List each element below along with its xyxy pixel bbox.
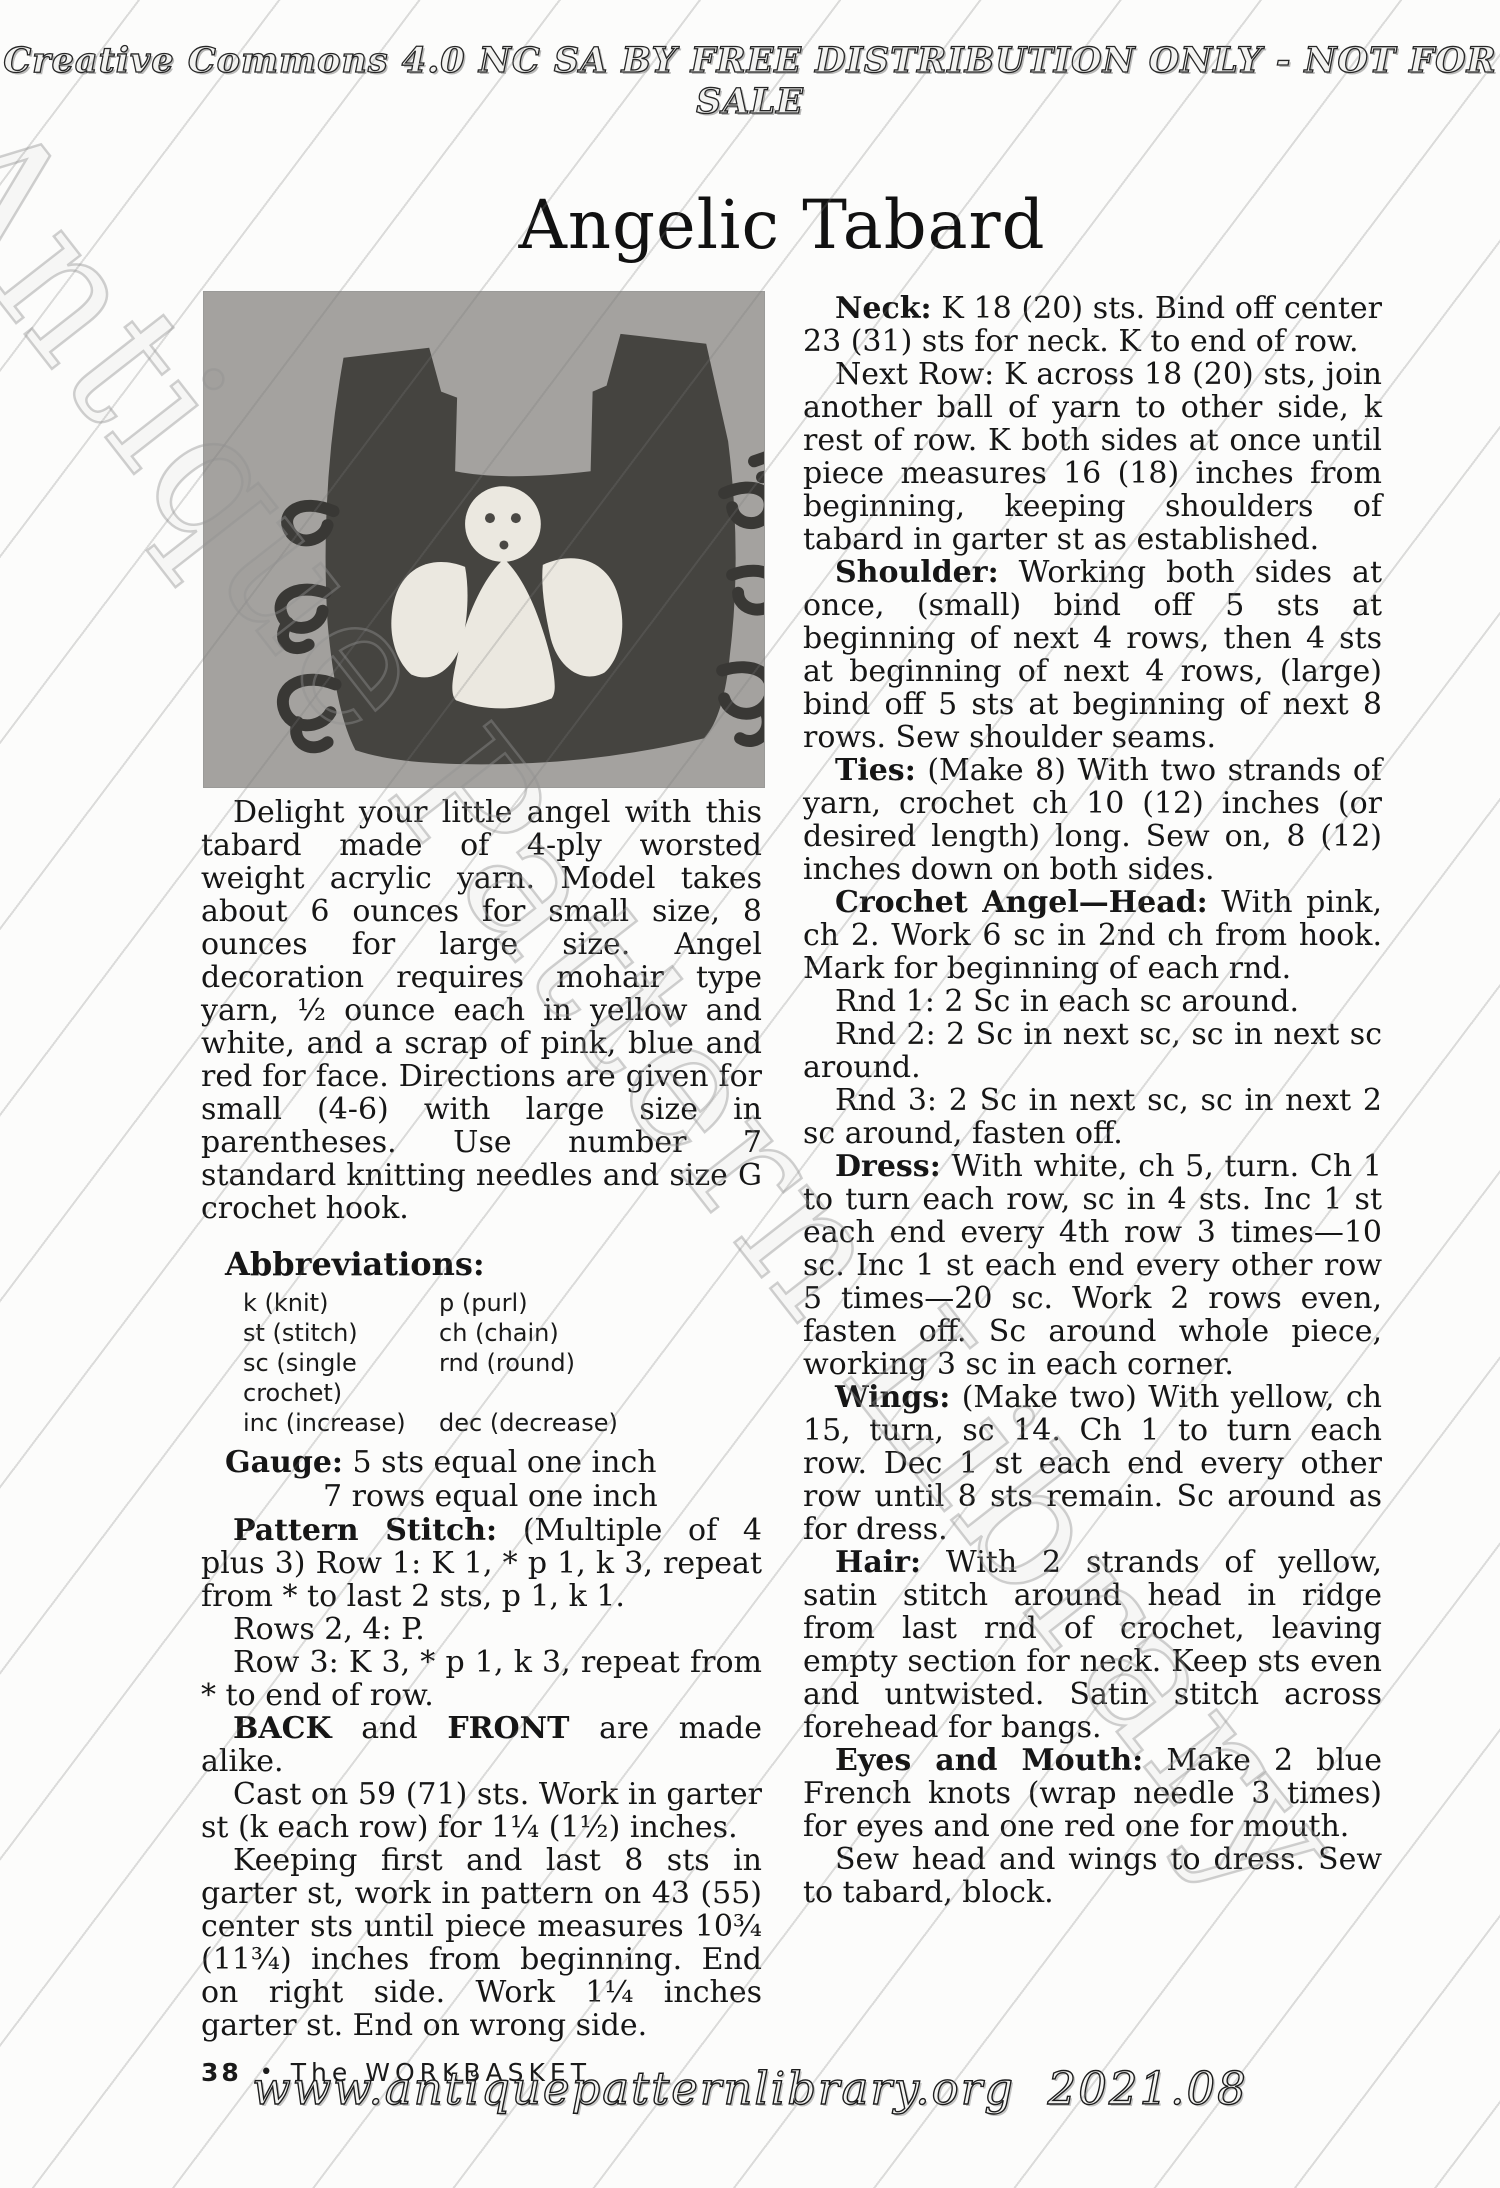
dress-paragraph: Dress: With white, ch 5, turn. Ch 1 to t… — [803, 1150, 1382, 1381]
abbreviation-item: rnd (round) — [439, 1348, 762, 1408]
right-column: Neck: K 18 (20) sts. Bind off center 23 … — [803, 292, 1382, 1909]
angel-eye-left — [485, 513, 495, 523]
shoulder-paragraph: Shoulder: Working both sides at once, (s… — [803, 556, 1382, 754]
hair-paragraph: Hair: With 2 strands of yellow, satin st… — [803, 1546, 1382, 1744]
page-title: Angelic Tabard — [64, 186, 1500, 264]
gauge-line: Gauge: 5 sts equal one inch — [201, 1446, 762, 1480]
eyes-mouth-paragraph: Eyes and Mouth: Make 2 blue French knots… — [803, 1744, 1382, 1843]
ties-paragraph: Ties: (Make 8) With two strands of yarn,… — [803, 754, 1382, 886]
rnd-2-paragraph: Rnd 2: 2 Sc in next sc, sc in next sc ar… — [803, 1018, 1382, 1084]
pattern-rows-2-4: Rows 2, 4: P. — [201, 1613, 762, 1646]
finishing-paragraph: Sew head and wings to dress. Sew to taba… — [803, 1843, 1382, 1909]
abbreviations-heading: Abbreviations: — [201, 1245, 762, 1283]
abbreviation-item: sc (single crochet) — [243, 1348, 439, 1408]
front-label: FRONT — [447, 1711, 569, 1746]
cast-on-paragraph: Cast on 59 (71) sts. Work in garter st (… — [201, 1778, 762, 1844]
keeping-paragraph: Keeping first and last 8 sts in garter s… — [201, 1844, 762, 2042]
back-front-line: BACK and FRONT are made alike. — [201, 1712, 762, 1778]
gauge-value: 5 sts equal one inch — [343, 1445, 657, 1480]
left-column: Delight your little angel with this taba… — [201, 796, 762, 2087]
pattern-stitch-paragraph: Pattern Stitch: (Multiple of 4 plus 3) R… — [201, 1514, 762, 1613]
gauge-label: Gauge: — [225, 1445, 343, 1480]
neck-paragraph: Neck: K 18 (20) sts. Bind off center 23 … — [803, 292, 1382, 358]
abbreviation-item: k (knit) — [243, 1288, 439, 1318]
gauge-line-2: 7 rows equal one inch — [201, 1480, 762, 1514]
footer-url: www.antiquepatternlibrary.org 2021.08 — [0, 2062, 1500, 2115]
intro-paragraph: Delight your little angel with this taba… — [201, 796, 762, 1225]
magazine-page: Creative Commons 4.0 NC SA BY FREE DISTR… — [0, 0, 1500, 2188]
crochet-angel-head-paragraph: Crochet Angel—Head: With pink, ch 2. Wor… — [803, 886, 1382, 985]
pattern-row-3: Row 3: K 3, * p 1, k 3, repeat from * to… — [201, 1646, 762, 1712]
abbreviations-list: k (knit) p (purl) st (stitch) ch (chain)… — [243, 1288, 762, 1438]
angel-eye-right — [511, 513, 521, 523]
back-label: BACK — [233, 1711, 332, 1746]
wings-paragraph: Wings: (Make two) With yellow, ch 15, tu… — [803, 1381, 1382, 1546]
rnd-1-paragraph: Rnd 1: 2 Sc in each sc around. — [803, 985, 1382, 1018]
license-notice: Creative Commons 4.0 NC SA BY FREE DISTR… — [0, 40, 1500, 122]
abbreviation-item: st (stitch) — [243, 1318, 439, 1348]
angel-mouth — [499, 540, 508, 549]
abbreviation-item: inc (increase) — [243, 1408, 439, 1438]
rnd-3-paragraph: Rnd 3: 2 Sc in next sc, sc in next 2 sc … — [803, 1084, 1382, 1150]
abbreviation-item: p (purl) — [439, 1288, 762, 1318]
next-row-paragraph: Next Row: K across 18 (20) sts, join ano… — [803, 358, 1382, 556]
abbreviation-item: dec (decrease) — [439, 1408, 762, 1438]
pattern-stitch-label: Pattern Stitch: — [233, 1513, 497, 1548]
abbreviation-item: ch (chain) — [439, 1318, 762, 1348]
tabard-photo — [203, 291, 765, 788]
angel-tabard-illustration — [204, 292, 764, 787]
